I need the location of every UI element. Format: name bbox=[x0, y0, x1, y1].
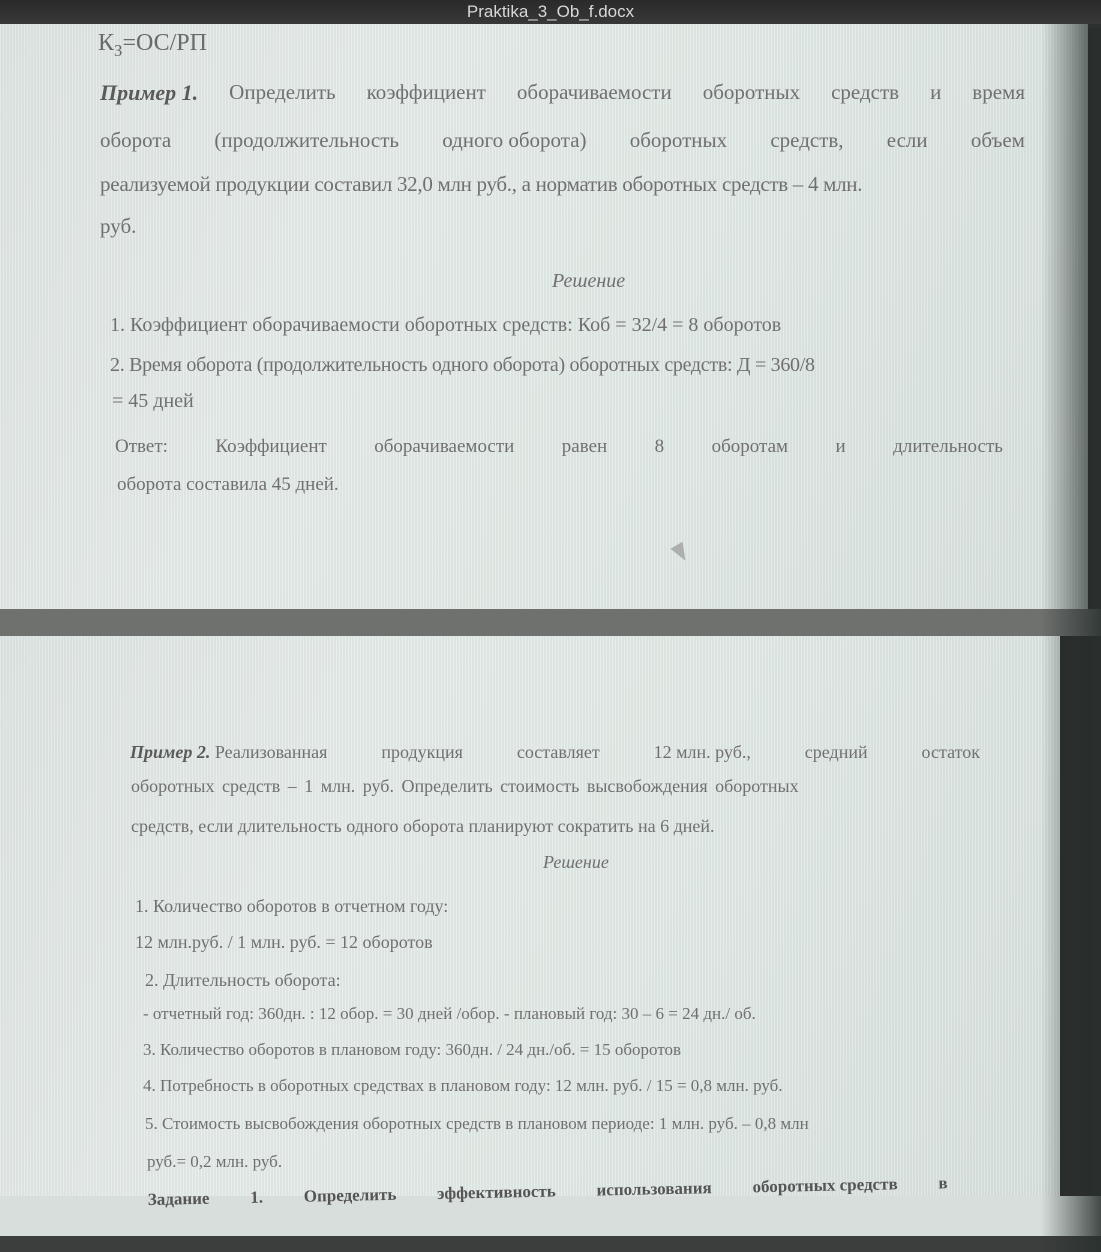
example2-solution-heading: Решение bbox=[543, 852, 609, 873]
example1-answer-line-2: оборота составила 45 дней. bbox=[117, 474, 339, 496]
example1-step-2: 2. Время оборота (продолжительность одно… bbox=[110, 354, 815, 377]
example2-step-2: 2. Длительность оборота: bbox=[145, 970, 341, 991]
example2-line-1: Пример 2. Реализованная продукция состав… bbox=[130, 742, 980, 763]
formula-kz: КЗ=ОС/РП bbox=[98, 30, 207, 61]
example2-step-4: 4. Потребность в оборотных средствах в п… bbox=[143, 1076, 783, 1096]
example2-line-3: средств, если длительность одного оборот… bbox=[131, 816, 715, 837]
example1-line-3: реализуемой продукции составил 32,0 млн … bbox=[100, 172, 862, 197]
example2-label: Пример 2. bbox=[130, 742, 210, 762]
example1-line-2: оборота (продолжительность одного оборот… bbox=[100, 128, 1025, 153]
example2-step-5: 5. Стоимость высвобождения оборотных сре… bbox=[145, 1114, 809, 1134]
example1-line-1: Пример 1. Определить коэффициент оборачи… bbox=[100, 80, 1025, 106]
example1-step-1: 1. Коэффициент оборачиваемости оборотных… bbox=[110, 314, 781, 337]
example2-step-3: 3. Количество оборотов в плановом году: … bbox=[143, 1040, 681, 1060]
bottom-edge bbox=[0, 1236, 1101, 1252]
example1-line-4: руб. bbox=[100, 214, 136, 239]
example2-step-1: 1. Количество оборотов в отчетном году: bbox=[135, 896, 448, 917]
example2-step-2-calc: - отчетный год: 360дн. : 12 обор. = 30 д… bbox=[143, 1004, 756, 1024]
example2-step-5-cont: руб.= 0,2 млн. руб. bbox=[147, 1152, 282, 1172]
example2-line-2: оборотных средств – 1 млн. руб. Определи… bbox=[131, 776, 799, 797]
page-break-gap bbox=[0, 609, 1101, 636]
document-title: Praktika_3_Ob_f.docx bbox=[467, 2, 634, 21]
example1-step-2-cont: = 45 дней bbox=[112, 390, 194, 413]
example1-answer-line-1: Ответ: Коэффициент оборачиваемости равен… bbox=[115, 436, 1003, 458]
example2-step-1-calc: 12 млн.руб. / 1 млн. руб. = 12 оборотов bbox=[135, 932, 433, 953]
example1-label: Пример 1. bbox=[100, 80, 198, 106]
example1-solution-heading: Решение bbox=[552, 270, 625, 293]
